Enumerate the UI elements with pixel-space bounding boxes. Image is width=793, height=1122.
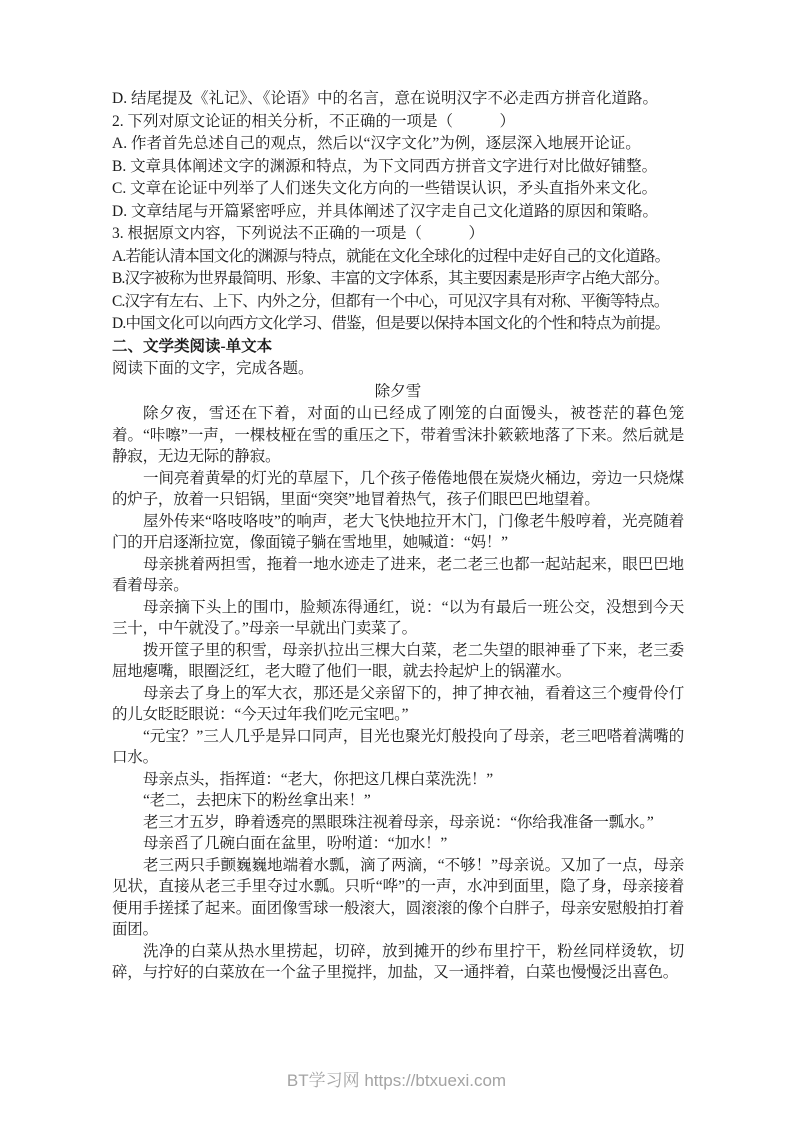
- exam-page: D. 结尾提及《礼记》、《论语》中的名言，意在说明汉字不必走西方拼音化道路。 2…: [0, 0, 793, 1122]
- story: 除夕雪 除夕夜，雪还在下着，对面的山已经成了刚笼的白面馒头，被苍茫的暮色笼着。“…: [112, 381, 684, 984]
- story-paragraph: 母亲挑着两担雪，拖着一地水迹走了进来，老二老三也都一起站起来，眼巴巴地看着母亲。: [112, 554, 684, 597]
- question-section: D. 结尾提及《礼记》、《论语》中的名言，意在说明汉字不必走西方拼音化道路。 2…: [112, 88, 684, 336]
- section-heading: 二、文学类阅读-单文本: [112, 336, 684, 359]
- story-paragraph: 母亲去了身上的军大衣，那还是父亲留下的，抻了抻衣袖，看着这三个瘦骨伶仃的儿女眨眨…: [112, 683, 684, 726]
- option-line: D.中国文化可以向西方文化学习、借鉴，但是要以保持本国文化的个性和特点为前提。: [112, 313, 684, 336]
- story-paragraph: 母亲舀了几碗白面在盆里，吩咐道：“加水！”: [112, 833, 684, 855]
- reading-instruction: 阅读下面的文字，完成各题。: [112, 358, 684, 381]
- watermark: BT学习网 https://btxuexi.com: [0, 1066, 793, 1091]
- story-paragraph: 母亲摘下头上的围巾，脸颊冻得通红，说：“以为有最后一班公交，没想到今天三十，中午…: [112, 597, 684, 640]
- story-title: 除夕雪: [112, 381, 684, 404]
- story-paragraph: 母亲点头，指挥道：“老大，你把这几棵白菜洗洗！”: [112, 769, 684, 791]
- story-paragraph: 屋外传来“咯吱咯吱”的响声，老大飞快地拉开木门，门像老牛般哼着，光亮随着门的开启…: [112, 511, 684, 554]
- option-line: A. 作者首先总述自己的观点，然后以“汉字文化”为例，逐层深入地展开论证。: [112, 133, 684, 156]
- story-paragraph: 洗净的白菜从热水里捞起，切碎，放到摊开的纱布里拧干，粉丝同样烫软，切碎，与拧好的…: [112, 941, 684, 984]
- option-line: C. 文章在论证中列举了人们迷失文化方向的一些错误认识，矛头直指外来文化。: [112, 178, 684, 201]
- option-line: B. 文章具体阐述文字的渊源和特点，为下文同西方拼音文字进行对比做好铺整。: [112, 156, 684, 179]
- page-content: D. 结尾提及《礼记》、《论语》中的名言，意在说明汉字不必走西方拼音化道路。 2…: [112, 88, 684, 984]
- story-paragraph: 老三才五岁，睁着透亮的黑眼珠注视着母亲，母亲说：“你给我准备一瓢水。”: [112, 812, 684, 834]
- option-line: D. 文章结尾与开篇紧密呼应，并具体阐述了汉字走自己文化道路的原因和策略。: [112, 201, 684, 224]
- option-line: C.汉字有左右、上下、内外之分，但都有一个中心，可见汉字具有对称、平衡等特点。: [112, 291, 684, 314]
- story-paragraph: 一间亮着黄晕的灯光的草屋下，几个孩子倦倦地偎在炭烧火桶边，旁边一只烧煤的炉子，放…: [112, 468, 684, 511]
- story-paragraph: “元宝？”三人几乎是异口同声，目光也聚光灯般投向了母亲，老三吧嗒着满嘴的口水。: [112, 726, 684, 769]
- story-paragraph: 除夕夜，雪还在下着，对面的山已经成了刚笼的白面馒头，被苍茫的暮色笼着。“咔嚓”一…: [112, 403, 684, 468]
- option-line: A.若能认清本国文化的渊源与特点，就能在文化全球化的过程中走好自己的文化道路。: [112, 246, 684, 269]
- question-stem: 3. 根据原文内容，下列说法不正确的一项是（ ）: [112, 223, 684, 246]
- story-paragraph: “老二，去把床下的粉丝拿出来！”: [112, 790, 684, 812]
- story-paragraph: 老三两只手颤巍巍地端着水瓢，滴了两滴，“不够！”母亲说。又加了一点，母亲见状，直…: [112, 855, 684, 941]
- option-line: B.汉字被称为世界最简明、形象、丰富的文字体系，其主要因素是形声字占绝大部分。: [112, 268, 684, 291]
- option-line: D. 结尾提及《礼记》、《论语》中的名言，意在说明汉字不必走西方拼音化道路。: [112, 88, 684, 111]
- question-stem: 2. 下列对原文论证的相关分析，不正确的一项是（ ）: [112, 111, 684, 134]
- story-paragraph: 拨开筐子里的积雪，母亲扒拉出三棵大白菜，老二失望的眼神垂了下来，老三委屈地瘪嘴，…: [112, 640, 684, 683]
